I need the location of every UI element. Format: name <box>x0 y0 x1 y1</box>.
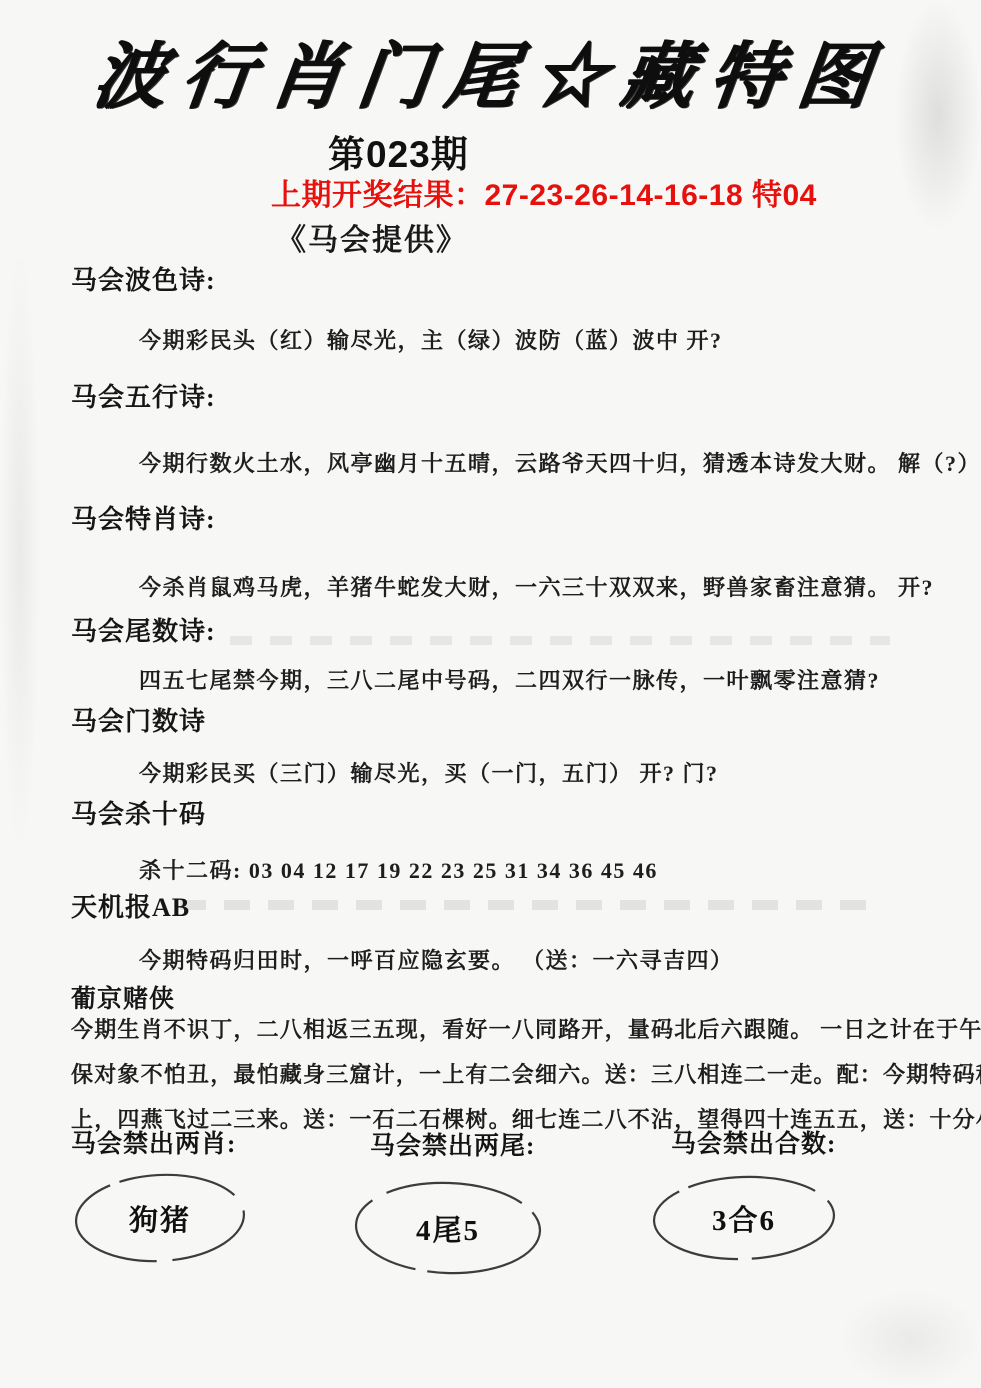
poem-line-five-elements: 今期行数火土水，风亭幽月十五晴，云路爷天四十归，猜透本诗发大财。 解（?） <box>139 447 981 478</box>
ban-sum-label: 马会禁出合数: <box>671 1124 836 1160</box>
section-heading-kill-ten-codes: 马会杀十码 <box>71 794 206 831</box>
scan-smudge <box>840 1290 981 1388</box>
section-heading-five-elements-poem: 马会五行诗: <box>71 377 216 414</box>
ban-two-zodiacs-value: 狗猪 <box>70 1170 250 1266</box>
section-heading-wave-color-poem: 马会波色诗: <box>71 260 216 297</box>
ban-two-zodiacs-label: 马会禁出两肖: <box>71 1124 236 1160</box>
poem-line-gate-number: 今期彩民买（三门）输尽光，买（一门，五门） 开? 门? <box>139 757 719 788</box>
provider-label: 《马会提供》 <box>276 215 468 259</box>
kill-codes-line: 杀十二码: 03 04 12 17 19 22 23 25 31 34 36 4… <box>139 854 658 885</box>
page-title: 波行肖门尾☆藏特图 <box>0 18 981 122</box>
lottery-tip-sheet: 波行肖门尾☆藏特图 第023期 上期开奖结果：27-23-26-14-16-18… <box>0 0 981 1388</box>
poem-line-tail-number: 四五七尾禁今期，三八二尾中号码，二四双行一脉传，一叶飘零注意猜? <box>139 664 880 695</box>
pujing-paragraph-line-2: 保对象不怕丑，最怕藏身三窟计，一上有二会细六。送：三八相连二一走。配：今期特码称… <box>71 1058 951 1089</box>
ban-two-zodiacs-ellipse: 狗猪 <box>70 1170 250 1266</box>
ban-two-tails-label: 马会禁出两尾: <box>370 1126 535 1162</box>
scan-smudge <box>0 250 40 850</box>
pujing-paragraph-line-1: 今期生肖不识丁，二八相返三五现，看好一八同路开，量码北后六跟随。 一日之计在于午… <box>71 1013 951 1044</box>
section-heading-gate-number-poem: 马会门数诗 <box>71 701 206 738</box>
previous-draw-result: 上期开奖结果：27-23-26-14-16-18 特04 <box>271 170 817 214</box>
ban-two-tails-ellipse: 4尾5 <box>350 1178 546 1278</box>
ban-sum-ellipse: 3合6 <box>648 1172 840 1264</box>
ban-two-tails-value: 4尾5 <box>350 1178 546 1278</box>
section-heading-tail-number-poem: 马会尾数诗: <box>71 611 216 648</box>
section-heading-tianji-report-ab: 天机报AB <box>71 887 190 924</box>
section-heading-special-zodiac-poem: 马会特肖诗: <box>71 499 216 536</box>
scan-smudge <box>230 636 890 645</box>
scan-smudge <box>180 900 880 910</box>
poem-line-special-zodiac: 今杀肖鼠鸡马虎，羊猪牛蛇发大财，一六三十双双来，野兽家畜注意猜。 开? <box>139 571 934 602</box>
section-heading-pujing-gambler: 葡京赌侠 <box>71 979 175 1015</box>
ban-sum-value: 3合6 <box>648 1172 840 1264</box>
poem-line-wave-color: 今期彩民头（红）输尽光，主（绿）波防（蓝）波中 开? <box>139 324 723 355</box>
poem-line-tianji: 今期特码归田时，一呼百应隐玄要。 （送：一六寻吉四） <box>139 944 734 975</box>
